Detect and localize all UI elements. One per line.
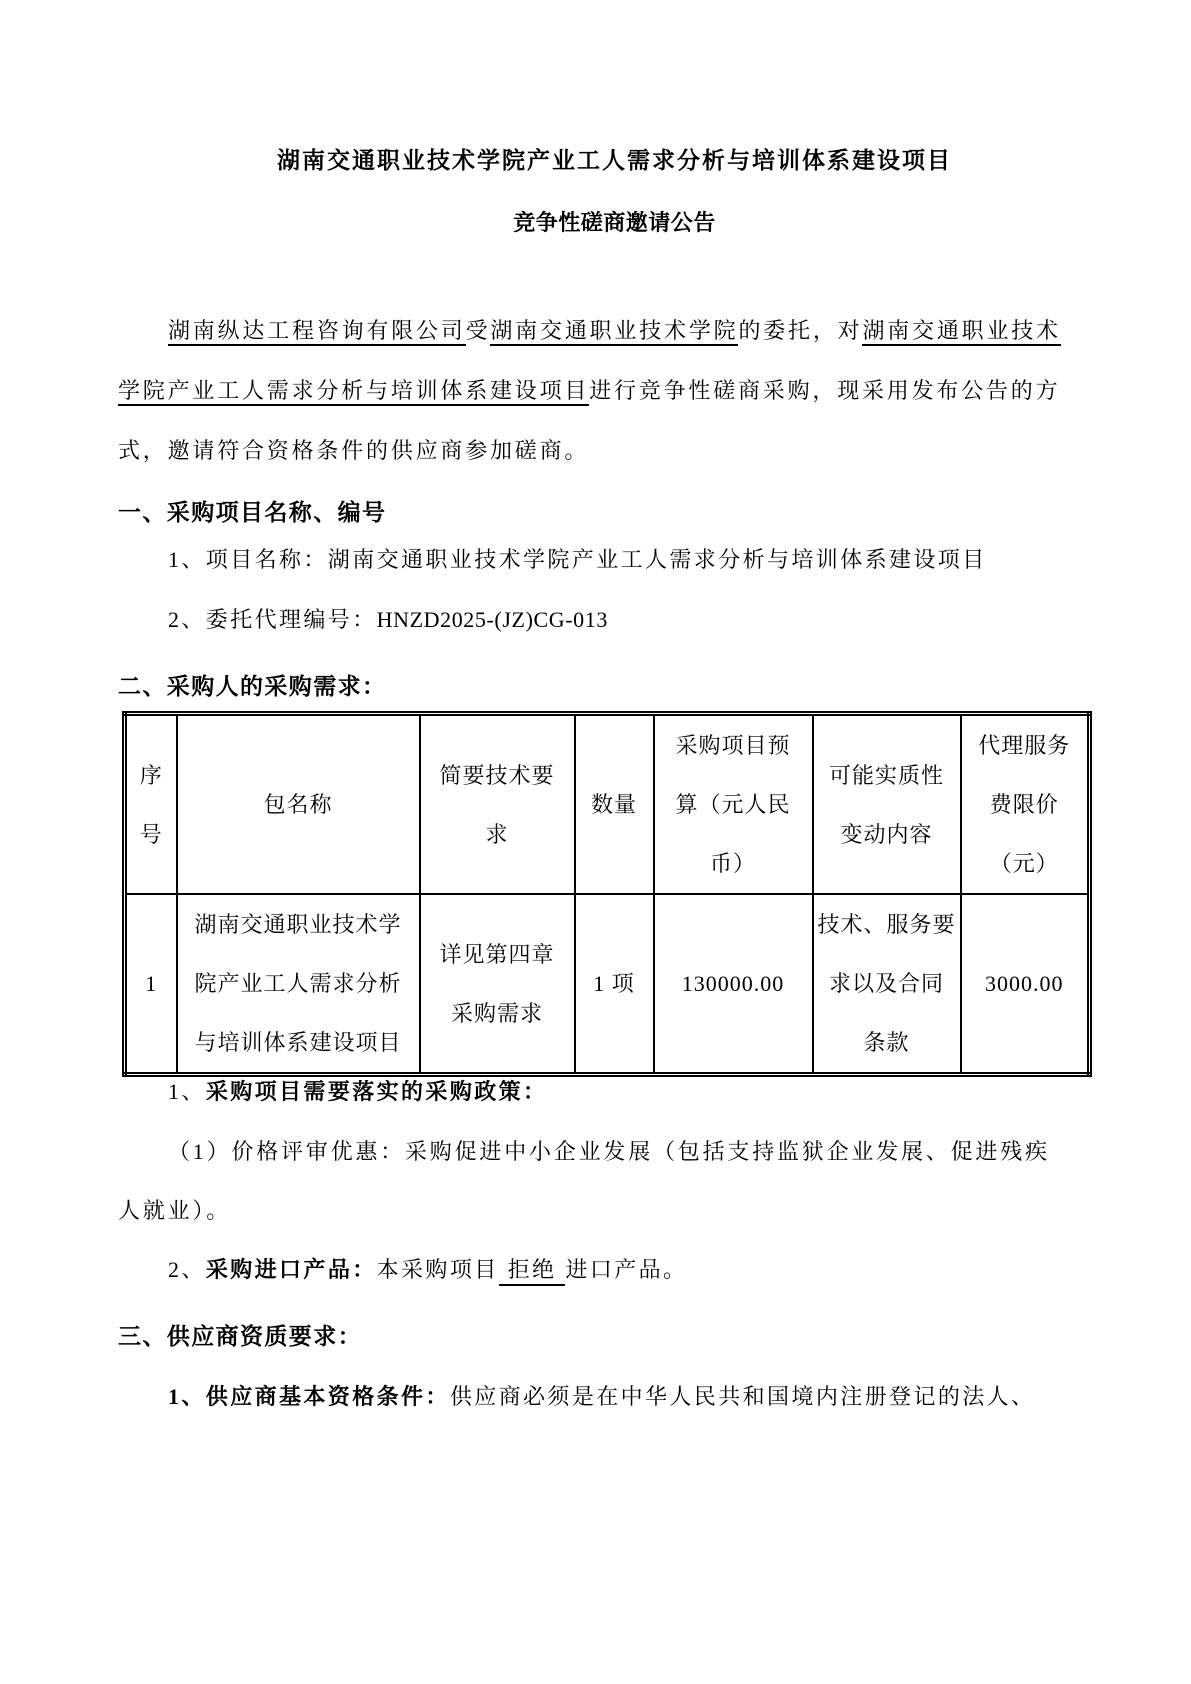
cell-seq-no: 1	[125, 894, 177, 1075]
policy-detail-line-2: 人就业）。	[118, 1197, 1111, 1225]
header-tech-requirements: 简要技术要求	[420, 714, 575, 895]
intro-text: 的委托，对	[738, 318, 862, 343]
intro-text: 进行竞争性磋商采购，现采用发布公告的方	[589, 378, 1060, 403]
intro-text: 受	[466, 318, 491, 343]
document-title: 湖南交通职业技术学院产业工人需求分析与培训体系建设项目	[118, 147, 1111, 175]
supplier-qualification-title: 1、供应商基本资格条件：	[168, 1384, 450, 1409]
intro-text: 式，邀请符合资格条件的供应商参加磋商。	[118, 438, 589, 463]
policy-heading-line: 1、采购项目需要落实的采购政策：	[118, 1078, 1111, 1106]
project-name-underlined: 湖南交通职业技术	[862, 318, 1060, 346]
import-keyword-underlined: 拒绝	[499, 1257, 566, 1286]
section-2-heading: 二、采购人的采购需求：	[118, 673, 1111, 701]
section-3-heading: 三、供应商资质要求：	[118, 1323, 1111, 1351]
policy-title: 采购项目需要落实的采购政策：	[206, 1079, 548, 1104]
import-title: 采购进口产品：	[206, 1257, 377, 1282]
procurement-table: 序号 包名称 简要技术要求 数量 采购项目预算（元人民币） 可能实质性变动内容 …	[122, 711, 1092, 1077]
section-3-item-1: 1、供应商基本资格条件：供应商必须是在中华人民共和国境内注册登记的法人、	[118, 1383, 1111, 1411]
section-1-heading: 一、采购项目名称、编号	[118, 499, 1111, 527]
header-substantive-changes: 可能实质性变动内容	[813, 714, 961, 895]
agency-code-value: HNZD2025-(JZ)CG-013	[377, 607, 608, 632]
import-product-line: 2、采购进口产品：本采购项目拒绝进口产品。	[118, 1256, 1111, 1286]
import-text-post: 进口产品。	[565, 1257, 687, 1282]
cell-agency-fee: 3000.00	[961, 894, 1090, 1075]
intro-line-3: 式，邀请符合资格条件的供应商参加磋商。	[118, 437, 1111, 465]
procurement-table-wrap: 序号 包名称 简要技术要求 数量 采购项目预算（元人民币） 可能实质性变动内容 …	[122, 711, 1092, 1077]
supplier-qualification-text: 供应商必须是在中华人民共和国境内注册登记的法人、	[450, 1384, 1036, 1409]
cell-quantity: 1 项	[575, 894, 654, 1075]
table-header-row: 序号 包名称 简要技术要求 数量 采购项目预算（元人民币） 可能实质性变动内容 …	[125, 714, 1090, 895]
agency-code-label: 2、委托代理编号：	[168, 607, 377, 632]
cell-budget: 130000.00	[654, 894, 813, 1075]
header-budget: 采购项目预算（元人民币）	[654, 714, 813, 895]
document-page: 湖南交通职业技术学院产业工人需求分析与培训体系建设项目 竞争性磋商邀请公告 湖南…	[0, 0, 1191, 1684]
table-row: 1 湖南交通职业技术学院产业工人需求分析与培训体系建设项目 详见第四章采购需求 …	[125, 894, 1090, 1075]
policy-detail-line-1: （1）价格评审优惠：采购促进中小企业发展（包括支持监狱企业发展、促进残疾	[118, 1138, 1111, 1166]
project-name-underlined: 学院产业工人需求分析与培训体系建设项目	[118, 378, 589, 406]
header-seq-no: 序号	[125, 714, 177, 895]
policy-number: 1、	[168, 1079, 206, 1104]
cell-package-name: 湖南交通职业技术学院产业工人需求分析与培训体系建设项目	[177, 894, 420, 1075]
import-number: 2、	[168, 1257, 206, 1282]
section-1-item-2: 2、委托代理编号：HNZD2025-(JZ)CG-013	[118, 606, 1111, 634]
cell-tech-requirements: 详见第四章采购需求	[420, 894, 575, 1075]
header-agency-fee-cap: 代理服务费限价（元）	[961, 714, 1090, 895]
agency-name-underlined: 湖南纵达工程咨询有限公司	[168, 318, 466, 346]
document-subtitle: 竞争性磋商邀请公告	[118, 209, 1111, 237]
cell-substantive-changes: 技术、服务要求以及合同条款	[813, 894, 961, 1075]
section-1-item-1: 1、项目名称：湖南交通职业技术学院产业工人需求分析与培训体系建设项目	[118, 546, 1111, 574]
purchaser-name-underlined: 湖南交通职业技术学院	[490, 318, 738, 346]
intro-line-1: 湖南纵达工程咨询有限公司受湖南交通职业技术学院的委托，对湖南交通职业技术	[118, 317, 1111, 345]
header-package-name: 包名称	[177, 714, 420, 895]
header-quantity: 数量	[575, 714, 654, 895]
import-text-pre: 本采购项目	[377, 1257, 499, 1282]
intro-line-2: 学院产业工人需求分析与培训体系建设项目进行竞争性磋商采购，现采用发布公告的方	[118, 377, 1111, 405]
